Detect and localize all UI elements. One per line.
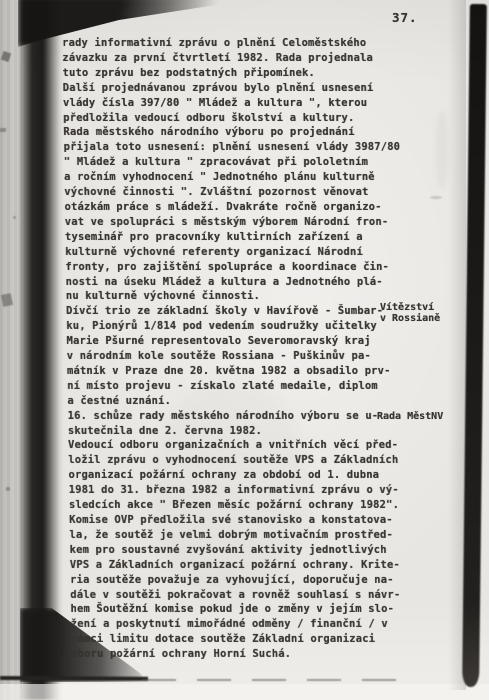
margin-note-rada-mestnv: Rada MěstNV (377, 411, 443, 422)
scan-smudge (436, 110, 448, 190)
scan-smudge (430, 196, 442, 199)
scan-speck (0, 128, 6, 132)
page-bottom-edge-line-faint (142, 679, 414, 681)
below-page-area (0, 684, 489, 700)
page-bottom-edge-line (0, 676, 148, 681)
margin-note-victory-rossiana: Vítězství v Rossianě (380, 303, 440, 324)
scan-speck (1, 293, 13, 307)
body-text: rady informativní zprávu o plnění Celomě… (62, 36, 421, 662)
scanned-document-page: 37. rady informativní zprávu o plnění Ce… (0, 0, 489, 700)
scan-speck (6, 487, 10, 491)
scan-speck (13, 216, 16, 219)
page-number: 37. (392, 10, 418, 25)
binding-shadow-bar (18, 0, 64, 700)
